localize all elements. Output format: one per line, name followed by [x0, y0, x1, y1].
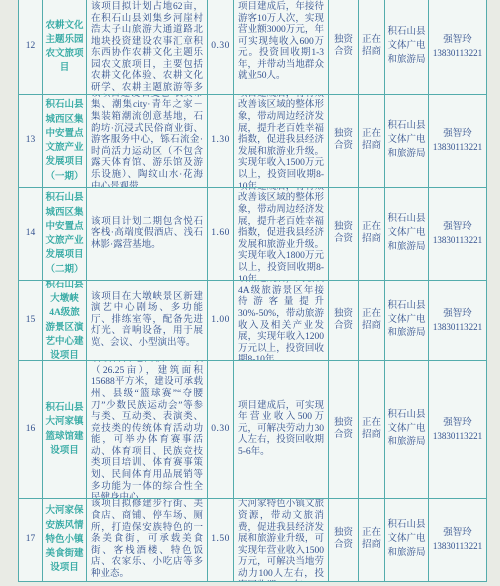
- cell-description: 该项目建设石麦仓·农贸市集、潮集city·青年之家－集装箱潮流创意基地，石韵坊·…: [87, 95, 208, 188]
- responsible-unit: 积石山县文体广电和旅游局: [387, 519, 426, 560]
- cell-benefit: 项目建成后，大墩峡4A级旅游景区年接待游客量提升30%-50%，带动旅游收入及相…: [234, 281, 329, 361]
- cell-seq: 16: [19, 361, 43, 499]
- table-row: 17 大河家保安族风情特色小镇美食街建设项目 该项目拟修建步行街、美食店、商铺、…: [19, 499, 487, 582]
- contact-name: 强智玲: [443, 416, 472, 430]
- cell-unit: 积石山县文体广电和旅游局: [385, 361, 429, 499]
- contact-phone: 13830113221: [433, 540, 482, 554]
- cell-benefit: 项目建成后，可实现年营业收入500万元，可解决劳动力30人左右，投资回收期5-6…: [234, 361, 329, 499]
- cell-status: 正在招商: [359, 281, 385, 361]
- project-description: 该项目建设石麦仓·农贸市集、潮集city·青年之家－集装箱潮流创意基地，石韵坊·…: [91, 95, 203, 188]
- responsible-unit: 积石山县文体广电和旅游局: [387, 120, 426, 161]
- project-description: 该项目计划二期包含悦石客栈·高端度假酒店、浅石林影·露营基地。: [91, 217, 203, 252]
- row-number: 15: [26, 315, 36, 327]
- cell-cooperation-mode: 独资合资: [329, 188, 359, 281]
- investment-amount: 0.30: [211, 424, 230, 436]
- cell-unit: 积石山县文体广电和旅游局: [385, 499, 429, 582]
- cell-status: 正在招商: [359, 0, 385, 95]
- project-name: 农耕文化主题乐园农文旅项目: [45, 19, 84, 76]
- contact-name: 强智玲: [443, 33, 472, 47]
- cell-project-name: 积石山县大河家镇篮球馆建设项目: [43, 361, 87, 499]
- cell-contact: 强智玲 13830113221: [429, 361, 487, 499]
- benefit-description: 项目建成后，将有效改善该区域的整体形象，带动周边经济发展，提升老百姓幸福指数，促…: [238, 95, 324, 188]
- project-name: 积石山县城西区集中安置点文旅产业发展项目（二期）: [45, 191, 84, 277]
- cooperation-mode: 独资合资: [332, 35, 355, 58]
- cell-status: 正在招商: [359, 499, 385, 582]
- cell-project-name: 农耕文化主题乐园农文旅项目: [43, 0, 87, 95]
- recruiting-status: 正在招商: [362, 129, 381, 152]
- cell-contact: 强智玲 13830113221: [429, 281, 487, 361]
- recruiting-status: 正在招商: [362, 35, 381, 58]
- recruiting-status: 正在招商: [362, 309, 381, 332]
- cell-description: 该项目拟修建步行街、美食店、商铺、停车场、厕所，打造保安族特色的一条美食街，可承…: [87, 499, 208, 582]
- cell-seq: 13: [19, 95, 43, 188]
- cell-seq: 17: [19, 499, 43, 582]
- cell-seq: 12: [19, 0, 43, 95]
- contact-name: 强智玲: [443, 307, 472, 321]
- cell-contact: 强智玲 13830113221: [429, 95, 487, 188]
- contact-phone: 13830113221: [433, 47, 482, 61]
- project-description: 该项目拟计划占地62亩，在积石山县刘集乡河崖村浩太子山旅游大通道路北地块投资建设…: [91, 2, 203, 95]
- responsible-unit: 积石山县文体广电和旅游局: [387, 300, 426, 341]
- cell-project-name: 大河家保安族风情特色小镇美食街建设项目: [43, 499, 87, 582]
- cell-unit: 积石山县文体广电和旅游局: [385, 188, 429, 281]
- cooperation-mode: 独资合资: [332, 528, 355, 551]
- contact-phone: 13830113221: [433, 430, 482, 444]
- cell-cooperation-mode: 独资合资: [329, 0, 359, 95]
- cell-status: 正在招商: [359, 188, 385, 281]
- project-investment-table: 12 农耕文化主题乐园农文旅项目 该项目拟计划占地62亩，在积石山县刘集乡河崖村…: [18, 0, 487, 582]
- row-number: 17: [26, 534, 36, 546]
- table-row: 16 积石山县大河家镇篮球馆建设项目 该项目占地面积1.75公顷（26.25亩）…: [19, 361, 487, 499]
- cell-benefit: 项目建成后，将有效改善该区域的整体形象，带动周边经济发展，提升老百姓幸福指数，促…: [234, 188, 329, 281]
- cooperation-mode: 独资合资: [332, 129, 355, 152]
- contact-phone: 13830113221: [433, 141, 482, 155]
- cooperation-mode: 独资合资: [332, 309, 355, 332]
- project-description: 该项目拟修建步行街、美食店、商铺、停车场、厕所，打造保安族特色的一条美食街，可承…: [91, 499, 203, 580]
- benefit-description: 项目建成后，将有效改善该区域的整体形象，带动周边经济发展，提升老百姓幸福指数，促…: [238, 188, 324, 281]
- project-name: 积石山县大河家镇篮球馆建设项目: [45, 401, 84, 458]
- cooperation-mode: 独资合资: [332, 222, 355, 245]
- recruiting-status: 正在招商: [362, 528, 381, 551]
- benefit-description: 项目建成后，大墩峡4A级旅游景区年接待游客量提升30%-50%，带动旅游收入及相…: [238, 281, 324, 361]
- responsible-unit: 积石山县文体广电和旅游局: [387, 213, 426, 254]
- cell-description: 该项目拟计划占地62亩，在积石山县刘集乡河崖村浩太子山旅游大通道路北地块投资建设…: [87, 0, 208, 95]
- cell-description: 该项目计划二期包含悦石客栈·高端度假酒店、浅石林影·露营基地。: [87, 188, 208, 281]
- cell-project-name: 积石山县城西区集中安置点文旅产业发展项目（一期）: [43, 95, 87, 188]
- table-row: 12 农耕文化主题乐园农文旅项目 该项目拟计划占地62亩，在积石山县刘集乡河崖村…: [19, 0, 487, 95]
- cell-seq: 15: [19, 281, 43, 361]
- investment-amount: 1.60: [211, 228, 230, 240]
- table-row: 14 积石山县城西区集中安置点文旅产业发展项目（二期） 该项目计划二期包含悦石客…: [19, 188, 487, 281]
- cell-status: 正在招商: [359, 95, 385, 188]
- benefit-description: 项目建成后，年接待游客10万人次，实现营业额3000万元，年可实现纯收入600万…: [238, 2, 324, 83]
- cell-cooperation-mode: 独资合资: [329, 361, 359, 499]
- row-number: 14: [26, 228, 36, 240]
- project-name: 积石山县城西区集中安置点文旅产业发展项目（一期）: [45, 98, 84, 184]
- project-name: 积石山县大墩峡4A级旅游景区演艺中心建设项目: [45, 281, 84, 361]
- cell-contact: 强智玲 13830113221: [429, 499, 487, 582]
- contact-phone: 13830113221: [433, 234, 482, 248]
- cell-cooperation-mode: 独资合资: [329, 281, 359, 361]
- cell-investment: 0.30: [208, 0, 234, 95]
- cell-investment: 1.00: [208, 281, 234, 361]
- responsible-unit: 积石山县文体广电和旅游局: [387, 409, 426, 450]
- cell-project-name: 积石山县城西区集中安置点文旅产业发展项目（二期）: [43, 188, 87, 281]
- cell-seq: 14: [19, 188, 43, 281]
- cell-investment: 1.60: [208, 188, 234, 281]
- responsible-unit: 积石山县文体广电和旅游局: [387, 26, 426, 67]
- cell-benefit: 项目建成后，年接待游客10万人次，实现营业额3000万元，年可实现纯收入600万…: [234, 0, 329, 95]
- cell-contact: 强智玲 13830113221: [429, 188, 487, 281]
- project-name: 大河家保安族风情特色小镇美食街建设项目: [45, 504, 84, 575]
- benefit-description: 项目建成后，将丰富大河家特色小镇文旅资源，带动文旅消费，促进我县经济发展和旅游业…: [238, 499, 324, 582]
- contact-name: 强智玲: [443, 127, 472, 141]
- table-row: 15 积石山县大墩峡4A级旅游景区演艺中心建设项目 该项目在大墩峡景区新建演艺中…: [19, 281, 487, 361]
- cell-investment: 1.50: [208, 499, 234, 582]
- cell-contact: 强智玲 13830113221: [429, 0, 487, 95]
- row-number: 13: [26, 135, 36, 147]
- cell-description: 该项目在大墩峡景区新建演艺中心剧场、多功能厅、排练室等，配备先进灯光、音响设备，…: [87, 281, 208, 361]
- cell-status: 正在招商: [359, 361, 385, 499]
- cell-unit: 积石山县文体广电和旅游局: [385, 95, 429, 188]
- cell-unit: 积石山县文体广电和旅游局: [385, 281, 429, 361]
- recruiting-status: 正在招商: [362, 222, 381, 245]
- cooperation-mode: 独资合资: [332, 418, 355, 441]
- cell-benefit: 项目建成后，将丰富大河家特色小镇文旅资源，带动文旅消费，促进我县经济发展和旅游业…: [234, 499, 329, 582]
- contact-phone: 13830113221: [433, 321, 482, 335]
- cell-description: 该项目占地面积1.75公顷（26.25亩），建筑面积15688平方米，建设可承载…: [87, 361, 208, 499]
- benefit-description: 项目建成后，可实现年营业收入500万元，可解决劳动力30人左右，投资回收期5-6…: [238, 401, 324, 459]
- cell-cooperation-mode: 独资合资: [329, 499, 359, 582]
- cell-investment: 1.30: [208, 95, 234, 188]
- cell-project-name: 积石山县大墩峡4A级旅游景区演艺中心建设项目: [43, 281, 87, 361]
- contact-name: 强智玲: [443, 526, 472, 540]
- cell-investment: 0.30: [208, 361, 234, 499]
- table-row: 13 积石山县城西区集中安置点文旅产业发展项目（一期） 该项目建设石麦仓·农贸市…: [19, 95, 487, 188]
- cell-benefit: 项目建成后，将有效改善该区域的整体形象，带动周边经济发展，提升老百姓幸福指数，促…: [234, 95, 329, 188]
- investment-amount: 0.30: [211, 41, 230, 53]
- row-number: 12: [26, 41, 36, 53]
- investment-amount: 1.30: [211, 135, 230, 147]
- investment-amount: 1.50: [211, 534, 230, 546]
- cell-unit: 积石山县文体广电和旅游局: [385, 0, 429, 95]
- project-description: 该项目占地面积1.75公顷（26.25亩），建筑面积15688平方米，建设可承载…: [91, 361, 203, 499]
- cell-cooperation-mode: 独资合资: [329, 95, 359, 188]
- investment-amount: 1.00: [211, 315, 230, 327]
- contact-name: 强智玲: [443, 220, 472, 234]
- recruiting-status: 正在招商: [362, 418, 381, 441]
- project-description: 该项目在大墩峡景区新建演艺中心剧场、多功能厅、排练室等，配备先进灯光、音响设备，…: [91, 292, 203, 350]
- row-number: 16: [26, 424, 36, 436]
